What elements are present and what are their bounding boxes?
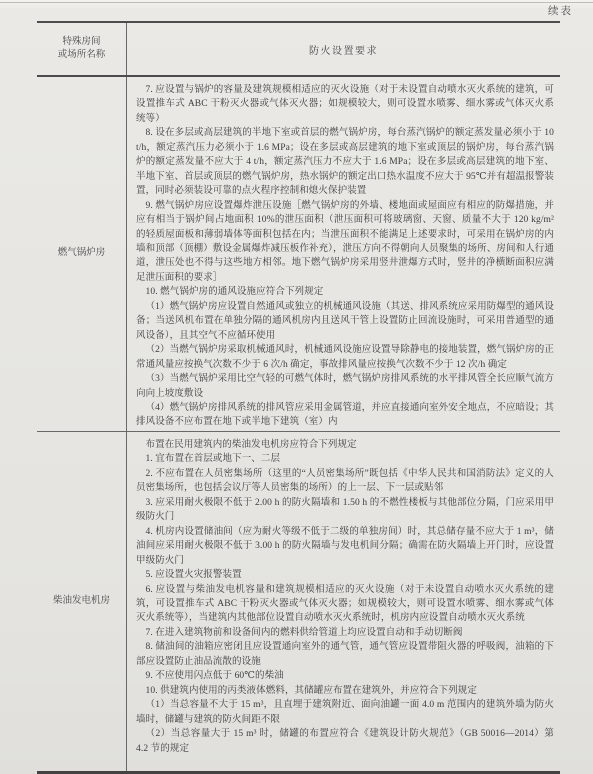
table-row-gas-boiler-room: 燃气锅炉房 7. 应设置与锅炉的容量及建筑规模相适应的灭火设施（对于未设置自动喷…: [37, 77, 560, 432]
requirement-paragraph: 3. 应采用耐火极限不低于 2.00 h 的防火隔墙和 1.50 h 的不燃性楼…: [136, 496, 554, 525]
requirement-paragraph: （1）当总容量不大于 15 m³，且直埋于建筑附近、面向油罐一面 4.0 m 范…: [136, 698, 554, 727]
page-scan-edge-line: [0, 2, 593, 3]
diesel-generator-room-name: 柴油发电机房: [53, 595, 110, 609]
requirement-paragraph: 10. 供建筑内使用的丙类液体燃料，其储罐应布置在建筑外，并应符合下列规定: [136, 684, 554, 698]
fire-protection-requirements-table: 特殊房间 或场所名称 防火设置要求 燃气锅炉房 7. 应设置与锅炉的容量及建筑规…: [37, 21, 560, 774]
requirement-paragraph: 7. 应设置与锅炉的容量及建筑规模相适应的灭火设施（对于未设置自动喷水灭火系统的…: [136, 83, 554, 126]
continuation-table-label: 续表: [548, 3, 573, 18]
scanned-document-page: 续表 特殊房间 或场所名称 防火设置要求 燃气锅炉房 7. 应设置与锅炉的容量及…: [0, 0, 593, 774]
requirement-paragraph: 8. 设在多层或高层建筑的半地下室或首层的燃气锅炉房，每台蒸汽锅炉的额定蒸发量必…: [136, 126, 554, 198]
gas-boiler-room-requirements: 7. 应设置与锅炉的容量及建筑规模相适应的灭火设施（对于未设置自动喷水灭火系统的…: [127, 77, 560, 431]
row-label-gas-boiler-room: 燃气锅炉房: [37, 77, 127, 431]
requirement-paragraph: （4）燃气锅炉房排风系统的排风管应采用金属管道，并应直接通向室外安全地点，不应暗…: [136, 401, 554, 430]
requirement-paragraph: （2）当总容量大于 15 m³ 时，储罐的布置应符合《建筑设计防火规范》（GB …: [136, 727, 554, 756]
requirement-paragraph: 2. 不应布置在人员密集场所（这里的“人员密集场所”既包括《中华人民共和国消防法…: [136, 467, 554, 496]
requirement-paragraph: 6. 应设置与柴油发电机容量和建筑规模相适应的灭火设施（对于未设置自动喷水灭火系…: [136, 583, 554, 626]
requirement-paragraph: 9. 不应使用闪点低于 60℃的柴油: [136, 669, 554, 683]
header-requirements-label: 防火设置要求: [309, 42, 378, 57]
row-label-diesel-generator-room: 柴油发电机房: [37, 432, 127, 771]
diesel-generator-room-requirements: 布置在民用建筑内的柴油发电机房应符合下列规定 1. 宜布置在首层或地下一、二层 …: [127, 432, 560, 771]
requirement-paragraph: 4. 机房内设置储油间（应为耐火等级不低于二级的单独房间）时，其总储存量不应大于…: [136, 525, 554, 568]
requirement-paragraph: 1. 宜布置在首层或地下一、二层: [136, 452, 554, 466]
gas-boiler-room-name: 燃气锅炉房: [58, 247, 106, 261]
requirement-paragraph: 9. 燃气锅炉房应设置爆炸泄压设施［燃气锅炉房的外墙、楼地面或屋面应有相应的防爆…: [136, 199, 554, 286]
requirement-paragraph: 10. 燃气锅炉房的通风设施应符合下列规定: [136, 285, 554, 299]
requirement-paragraph: 8. 储油间的油箱应密闭且应设置通向室外的通气管，通气管应设置带阻火器的呼吸阀，…: [136, 640, 554, 669]
requirement-paragraph: 7. 在进入建筑物前和设备间内的燃料供给管道上均应设置自动和手动切断阀: [136, 626, 554, 640]
header-room-name-line2: 或场所名称: [58, 49, 106, 63]
requirement-paragraph: （1）燃气锅炉房应设置自然通风或独立的机械通风设施（其送、排风系统应采用防爆型的…: [136, 300, 554, 343]
table-header-row: 特殊房间 或场所名称 防火设置要求: [37, 23, 560, 77]
requirement-paragraph: 5. 应设置火灾报警装置: [136, 568, 554, 582]
requirement-paragraph: （2）当燃气锅炉房采取机械通风时，机械通风设施应设置导除静电的接地装置，燃气锅炉…: [136, 343, 554, 372]
requirement-paragraph: （3）当燃气锅炉采用比空气轻的可燃气体时，燃气锅炉房排风系统的水平排风管全长应顺…: [136, 372, 554, 401]
table-row-diesel-generator-room: 柴油发电机房 布置在民用建筑内的柴油发电机房应符合下列规定 1. 宜布置在首层或…: [37, 432, 560, 771]
header-cell-room-name: 特殊房间 或场所名称: [37, 23, 127, 75]
header-room-name-line1: 特殊房间: [62, 36, 100, 50]
requirement-paragraph: 布置在民用建筑内的柴油发电机房应符合下列规定: [136, 438, 554, 452]
header-cell-requirements: 防火设置要求: [127, 23, 560, 75]
